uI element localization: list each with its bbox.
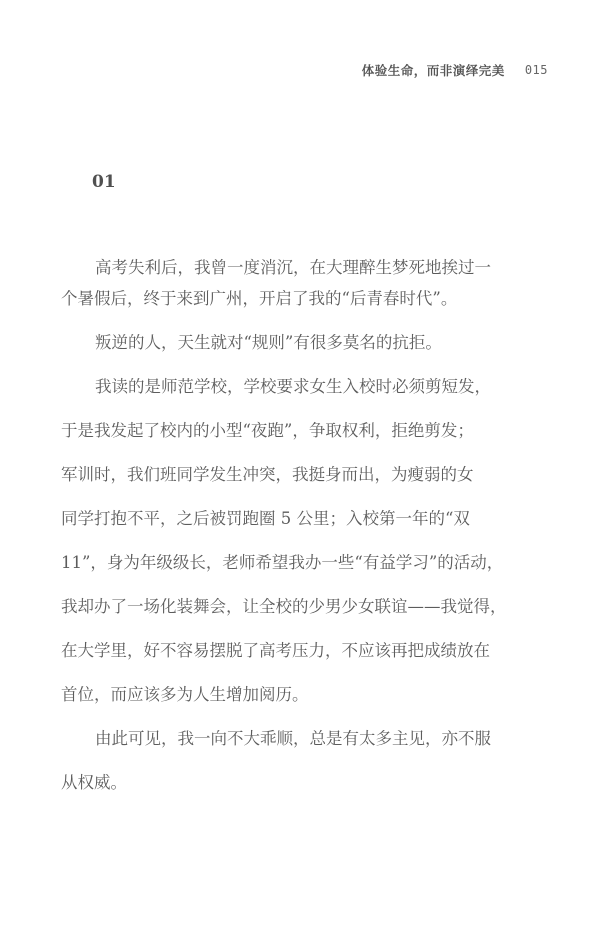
paragraph-3-line-2: 于是我发起了校内的小型“夜跑”，争取权利，拒绝剪发； (61, 415, 537, 446)
paragraph-3-line-6: 我却办了一场化装舞会，让全校的少男少女联谊——我觉得， (61, 591, 537, 622)
paragraph-3-line-5: 11”，身为年级级长，老师希望我办一些“有益学习”的活动， (61, 547, 537, 578)
section-number: 01 (92, 172, 116, 192)
paragraph-4-line-1: 由此可见，我一向不大乖顺，总是有太多主见，亦不服 (61, 723, 537, 754)
paragraph-3-line-3: 军训时，我们班同学发生冲突，我挺身而出，为瘦弱的女 (61, 459, 537, 490)
paragraph-3-line-4: 同学打抱不平，之后被罚跑圈 5 公里；入校第一年的“双 (61, 503, 537, 534)
paragraph-4-line-2: 从权威。 (61, 767, 537, 798)
paragraph-3-line-1: 我读的是师范学校，学校要求女生入校时必须剪短发， (61, 371, 537, 402)
paragraph-2-line-1: 叛逆的人，天生就对“规则”有很多莫名的抗拒。 (61, 327, 537, 358)
running-header: 体验生命，而非演绎完美 015 (362, 60, 548, 80)
paragraph-1-line-2: 个暑假后，终于来到广州，开启了我的“后青春时代”。 (61, 283, 537, 314)
paragraph-1-line-1: 高考失利后，我曾一度消沉，在大理醉生梦死地挨过一 (61, 252, 537, 283)
paragraph-3-line-8: 首位，而应该多为人生增加阅历。 (61, 679, 537, 710)
paragraph-3-line-7: 在大学里，好不容易摆脱了高考压力，不应该再把成绩放在 (61, 635, 537, 666)
running-title: 体验生命，而非演绎完美 (362, 61, 505, 79)
body-text: 高考失利后，我曾一度消沉，在大理醉生梦死地挨过一 个暑假后，终于来到广州，开启了… (61, 252, 537, 798)
page-number: 015 (525, 63, 548, 77)
